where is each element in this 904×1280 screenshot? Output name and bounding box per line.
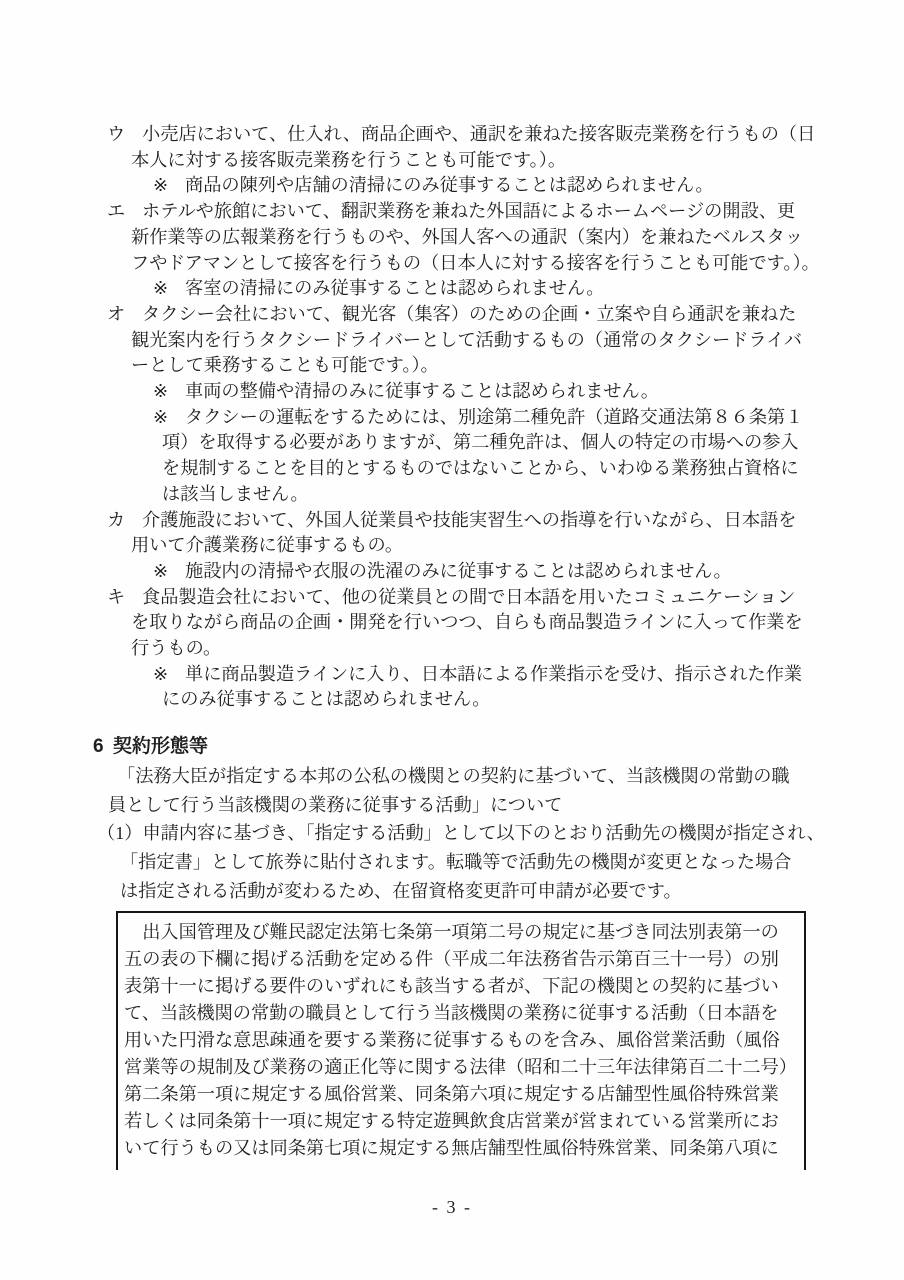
- section-heading: 6契約形態等: [93, 733, 835, 762]
- item-text: タクシー会社において、観光客（集客）のための企画・立案や自ら通訳を兼ねた 観光案…: [131, 304, 802, 375]
- note-marker: ※: [153, 276, 185, 302]
- item-text: 食品製造会社において、他の従業員との間で日本語を用いたコミュニケーション を取り…: [131, 587, 803, 658]
- law-quote-text: 出入国管理及び難民認定法第七条第一項第二号の規定に基づき同法別表第一の 五の表の…: [124, 919, 798, 1162]
- item-paragraph: エホテルや旅館において、翻訳業務を兼ねた外国語によるホームページの開設、更 新作…: [107, 199, 837, 276]
- enumerated-items-list: ウ小売店において、仕入れ、商品企画や、通訳を兼ねた接客販売業務を行うもの（日 本…: [107, 122, 837, 713]
- list-item-ka: カ介護施設において、外国人従業員や技能実習生への指導を行いながら、日本語を 用い…: [107, 508, 837, 585]
- item-marker: キ: [107, 585, 142, 611]
- list-item-e: エホテルや旅館において、翻訳業務を兼ねた外国語によるホームページの開設、更 新作…: [107, 199, 837, 302]
- document-page: ウ小売店において、仕入れ、商品企画や、通訳を兼ねた接客販売業務を行うもの（日 本…: [0, 0, 904, 1280]
- item-paragraph: キ食品製造会社において、他の従業員との間で日本語を用いたコミュニケーション を取…: [107, 585, 837, 662]
- list-item-u: ウ小売店において、仕入れ、商品企画や、通訳を兼ねた接客販売業務を行うもの（日 本…: [107, 122, 837, 199]
- note-text: タクシーの運転をするためには、別途第二種免許（道路交通法第８６条第１ 項）を取得…: [162, 407, 803, 504]
- section-contract-forms: 6契約形態等 「法務大臣が指定する本邦の公私の機関との契約に基づいて、当該機関の…: [93, 733, 835, 906]
- note-marker: ※: [153, 559, 185, 585]
- section-number: 6: [93, 733, 113, 762]
- section-lead-paragraph: 「法務大臣が指定する本邦の公私の機関との契約に基づいて、当該機関の常勤の職 員と…: [93, 762, 835, 820]
- note-paragraph: ※商品の陳列や店舗の清掃にのみ従事することは認められません。: [107, 173, 837, 199]
- note-marker: ※: [153, 405, 185, 431]
- item-paragraph: オタクシー会社において、観光客（集客）のための企画・立案や自ら通訳を兼ねた 観光…: [107, 302, 837, 379]
- note-text: 施設内の清掃や衣服の洗濯のみに従事することは認められません。: [185, 561, 732, 581]
- note-marker: ※: [153, 379, 185, 405]
- item-marker: エ: [107, 199, 142, 225]
- item-marker: カ: [107, 508, 142, 534]
- list-item-o: オタクシー会社において、観光客（集客）のための企画・立案や自ら通訳を兼ねた 観光…: [107, 302, 837, 508]
- note-text: 単に商品製造ラインに入り、日本語による作業指示を受け、指示された作業 にのみ従事…: [162, 664, 802, 710]
- page-number: - 3 -: [0, 1197, 904, 1218]
- note-text: 車両の整備や清掃のみに従事することは認められません。: [185, 381, 659, 401]
- note-paragraph: ※単に商品製造ラインに入り、日本語による作業指示を受け、指示された作業 にのみ従…: [107, 662, 837, 713]
- item-marker: ウ: [107, 122, 142, 148]
- note-marker: ※: [153, 662, 185, 688]
- item-paragraph: ウ小売店において、仕入れ、商品企画や、通訳を兼ねた接客販売業務を行うもの（日 本…: [107, 122, 837, 173]
- note-paragraph: ※客室の清掃にのみ従事することは認められません。: [107, 276, 837, 302]
- item-marker: オ: [107, 302, 142, 328]
- section-title: 契約形態等: [113, 736, 208, 757]
- note-paragraph: ※タクシーの運転をするためには、別途第二種免許（道路交通法第８６条第１ 項）を取…: [107, 405, 837, 508]
- note-paragraph: ※車両の整備や清掃のみに従事することは認められません。: [107, 379, 837, 405]
- note-text: 商品の陳列や店舗の清掃にのみ従事することは認められません。: [185, 175, 714, 195]
- law-quote-box: 出入国管理及び難民認定法第七条第一項第二号の規定に基づき同法別表第一の 五の表の…: [116, 911, 806, 1170]
- item-text: ホテルや旅館において、翻訳業務を兼ねた外国語によるホームページの開設、更 新作業…: [131, 201, 820, 272]
- section-numbered-paragraph: （1）申請内容に基づき、「指定する活動」として以下のとおり活動先の機関が指定され…: [93, 819, 835, 905]
- item-text: 小売店において、仕入れ、商品企画や、通訳を兼ねた接客販売業務を行うもの（日 本人…: [131, 124, 815, 170]
- note-text: 客室の清掃にのみ従事することは認められません。: [185, 278, 604, 298]
- list-item-ki: キ食品製造会社において、他の従業員との間で日本語を用いたコミュニケーション を取…: [107, 585, 837, 714]
- item-text: 介護施設において、外国人従業員や技能実習生への指導を行いながら、日本語を 用いて…: [131, 510, 796, 556]
- note-paragraph: ※施設内の清掃や衣服の洗濯のみに従事することは認められません。: [107, 559, 837, 585]
- note-marker: ※: [153, 173, 185, 199]
- item-paragraph: カ介護施設において、外国人従業員や技能実習生への指導を行いながら、日本語を 用い…: [107, 508, 837, 559]
